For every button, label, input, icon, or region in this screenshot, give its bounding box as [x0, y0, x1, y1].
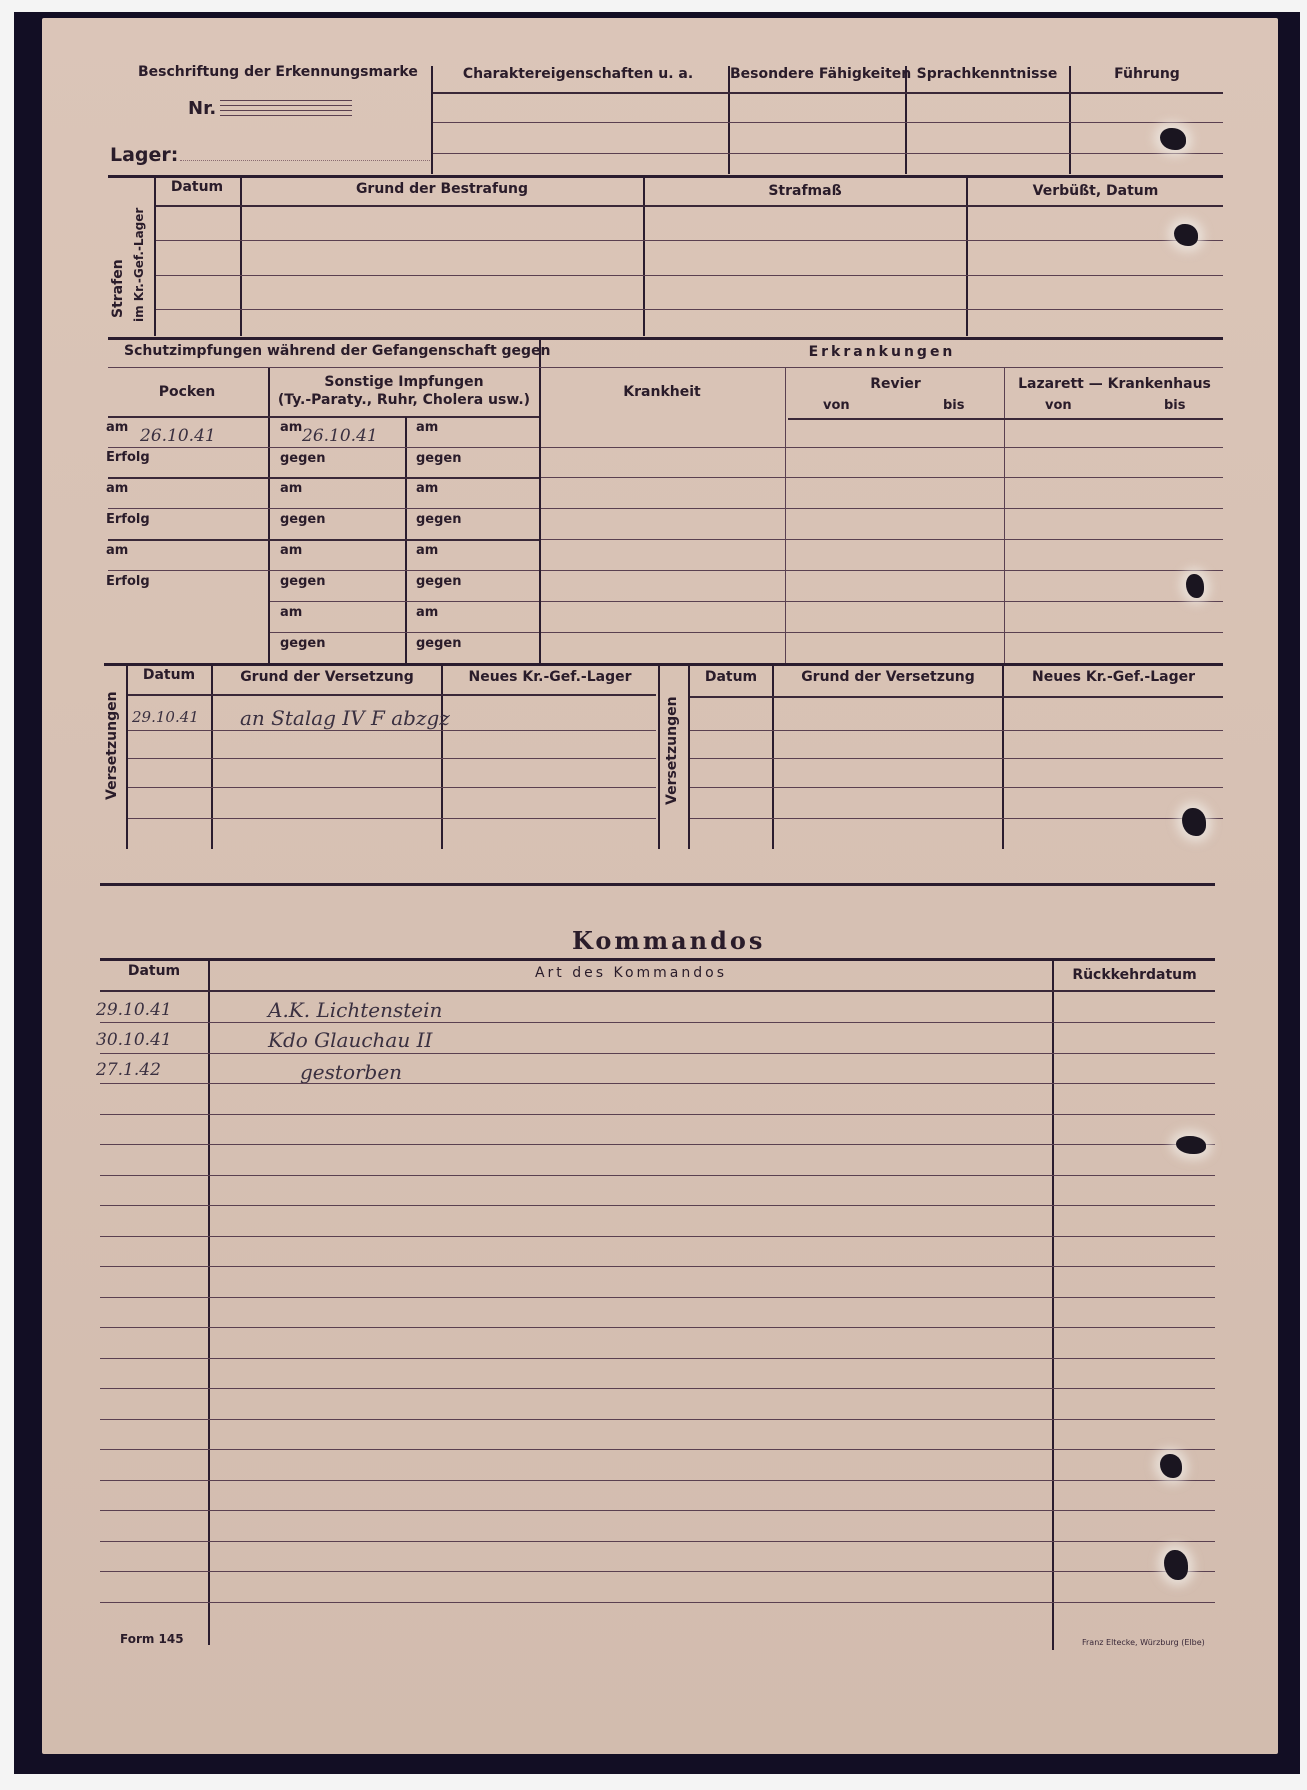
punch-hole [1160, 128, 1186, 150]
kommando-art-2[interactable]: Kdo Glauchau II [268, 1028, 432, 1052]
revier-von: von [823, 398, 850, 413]
row-line [433, 122, 1223, 123]
punch-hole [1164, 1550, 1188, 1580]
divider [211, 664, 213, 849]
strafen-col-datum: Datum [155, 179, 239, 195]
row-line [100, 1053, 1215, 1054]
divider [1069, 66, 1071, 174]
nr-line [220, 115, 352, 116]
impfungen-title: Schutzimpfungen während der Gefangenscha… [124, 343, 551, 359]
row-line [156, 275, 1223, 276]
row-line [100, 1571, 1215, 1572]
strafen-sublabel: im Kr.-Gef.-Lager [132, 208, 146, 322]
sonstige-am-1: am [280, 420, 302, 435]
document-page [42, 18, 1278, 1754]
row-line [100, 1205, 1215, 1206]
vers-entry-datum[interactable]: 29.10.41 [132, 708, 199, 726]
printer-imprint: Franz Eltecke, Würzburg (Elbe) [1082, 1638, 1205, 1647]
kommandos-col-art: Art des Kommandos [210, 965, 1052, 981]
nr-line [220, 105, 352, 106]
punch-hole [1182, 808, 1206, 836]
kommando-art-3[interactable]: gestorben [300, 1060, 402, 1084]
sonstige-gegen-2: gegen [280, 512, 326, 527]
row-line [100, 1510, 1215, 1511]
form-number: Form 145 [120, 1632, 184, 1646]
sonstige-am-2b: am [416, 481, 438, 496]
row-line [100, 1358, 1215, 1359]
row-line [108, 508, 539, 509]
row-line [108, 539, 539, 541]
pocken-am-3: am [106, 543, 128, 558]
row-line [108, 447, 539, 448]
row-line [541, 632, 1223, 633]
row-line [100, 1419, 1215, 1420]
sonstige-am-3b: am [416, 543, 438, 558]
row-line [690, 730, 1223, 731]
sonstige-am-1b: am [416, 420, 438, 435]
sonstige-am-4: am [280, 605, 302, 620]
row-line [100, 1602, 1215, 1603]
sonstige-am-2: am [280, 481, 302, 496]
row-line [100, 1388, 1215, 1389]
kommando-art-1[interactable]: A.K. Lichtenstein [268, 998, 442, 1022]
row-line [100, 1175, 1215, 1176]
section-rule [100, 958, 1215, 961]
kommandos-col-rueckkehr: Rückkehrdatum [1054, 967, 1215, 983]
kommandos-title: Kommandos [572, 926, 765, 955]
row-line [541, 539, 1223, 540]
row-line [690, 787, 1223, 788]
versetzungen-label-left: Versetzungen [104, 691, 120, 800]
vers-col-lager-right: Neues Kr.-Gef.-Lager [1004, 669, 1223, 685]
sonstige-am-3: am [280, 543, 302, 558]
row-line [100, 1297, 1215, 1298]
row-line [541, 477, 1223, 478]
section-rule [104, 663, 1223, 666]
sonstige-sublabel: (Ty.-Paraty., Ruhr, Cholera usw.) [270, 392, 538, 408]
section-rule [108, 337, 1223, 340]
divider [772, 664, 774, 849]
punch-hole [1160, 1454, 1182, 1478]
divider [126, 664, 128, 849]
col-fuehrung: Führung [1071, 66, 1223, 82]
header-rule [690, 696, 1223, 698]
sonstige-date-1[interactable]: 26.10.41 [302, 426, 378, 446]
row-line [100, 1480, 1215, 1481]
divider [154, 176, 156, 336]
row-line [541, 447, 1223, 448]
divider [905, 66, 907, 174]
vers-col-grund-right: Grund der Versetzung [774, 669, 1002, 685]
divider [1004, 368, 1005, 663]
row-line [100, 1114, 1215, 1115]
row-line [128, 730, 656, 731]
erkrankungen-title: Erkrankungen [541, 344, 1223, 360]
divider [431, 66, 433, 174]
pocken-date-1[interactable]: 26.10.41 [140, 426, 216, 446]
pocken-erfolg-3: Erfolg [106, 574, 150, 589]
lager-label: Lager: [110, 144, 178, 166]
row-line [156, 240, 1223, 241]
pocken-am-2: am [106, 481, 128, 496]
row-line [690, 758, 1223, 759]
divider [785, 368, 786, 663]
pocken-label: Pocken [108, 384, 266, 400]
strafen-col-strafmass: Strafmaß [645, 183, 965, 199]
divider [728, 66, 730, 174]
row-line [108, 367, 1223, 368]
row-line [541, 570, 1223, 571]
divider [643, 176, 645, 336]
punch-hole [1186, 574, 1204, 598]
section-rule [108, 175, 1223, 178]
row-line [108, 570, 539, 571]
nr-label: Nr. [188, 98, 216, 119]
col-faehigkeiten: Besondere Fähigkeiten [730, 66, 906, 82]
lazarett-label: Lazarett — Krankenhaus [1006, 376, 1223, 392]
header-rule [788, 418, 1223, 420]
header-rule [108, 416, 539, 418]
divider [688, 664, 690, 849]
lazarett-von: von [1045, 398, 1072, 413]
row-line [100, 1327, 1215, 1328]
divider [268, 368, 270, 663]
lazarett-bis: bis [1164, 398, 1186, 413]
sonstige-gegen-4b: gegen [416, 636, 462, 651]
row-line [156, 309, 1223, 310]
vers-col-datum-right: Datum [690, 669, 772, 685]
divider [441, 664, 443, 849]
sonstige-gegen-3: gegen [280, 574, 326, 589]
divider [208, 960, 210, 1645]
row-line [100, 1449, 1215, 1450]
nr-line [220, 100, 352, 101]
lager-field[interactable] [180, 160, 430, 161]
row-line [128, 787, 656, 788]
divider [1002, 664, 1004, 849]
revier-label: Revier [787, 376, 1004, 392]
vers-entry-grund[interactable]: an Stalag IV F abzgz [240, 706, 450, 730]
header-rule [128, 694, 656, 696]
row-line [100, 1236, 1215, 1237]
row-line [690, 818, 1223, 819]
pocken-erfolg-1: Erfolg [106, 450, 150, 465]
tag-label: Beschriftung der Erkennungsmarke [138, 64, 418, 80]
revier-bis: bis [943, 398, 965, 413]
pocken-am-1: am [106, 420, 128, 435]
row-line [128, 758, 656, 759]
krankheit-label: Krankheit [541, 384, 783, 400]
versetzungen-label-right: Versetzungen [664, 696, 680, 805]
kommandos-col-datum: Datum [100, 963, 208, 979]
divider [1052, 960, 1054, 1650]
pocken-erfolg-2: Erfolg [106, 512, 150, 527]
divider [966, 176, 968, 336]
header-rule [156, 205, 1223, 207]
row-line [270, 601, 539, 602]
kommando-datum-3[interactable]: 27.1.42 [96, 1060, 161, 1080]
strafen-col-verbuesst: Verbüßt, Datum [968, 183, 1223, 199]
sonstige-gegen-3b: gegen [416, 574, 462, 589]
row-line [128, 818, 656, 819]
divider [240, 176, 242, 336]
row-line [100, 1083, 1215, 1084]
sonstige-gegen-2b: gegen [416, 512, 462, 527]
row-line [108, 477, 539, 479]
kommando-datum-1[interactable]: 29.10.41 [96, 1000, 172, 1020]
vers-col-grund-left: Grund der Versetzung [213, 669, 441, 685]
row-line [100, 1022, 1215, 1023]
kommando-datum-2[interactable]: 30.10.41 [96, 1030, 172, 1050]
sonstige-am-4b: am [416, 605, 438, 620]
strafen-col-grund: Grund der Bestrafung [242, 181, 642, 197]
col-sprachkenntnisse: Sprachkenntnisse [907, 66, 1067, 82]
sonstige-gegen-4: gegen [280, 636, 326, 651]
row-line [100, 1144, 1215, 1145]
vers-col-datum-left: Datum [128, 667, 210, 683]
col-charakter: Charaktereigenschaften u. a. [431, 66, 725, 82]
vers-col-lager-left: Neues Kr.-Gef.-Lager [443, 669, 657, 685]
row-line [100, 1541, 1215, 1542]
row-line [541, 601, 1223, 602]
section-rule [100, 883, 1215, 886]
row-line [433, 153, 1223, 154]
sonstige-gegen-1b: gegen [416, 451, 462, 466]
row-line [541, 508, 1223, 509]
row-line [100, 1266, 1215, 1267]
header-rule [433, 92, 1223, 94]
nr-line [220, 110, 352, 111]
row-line [270, 632, 539, 633]
sonstige-label: Sonstige Impfungen [270, 374, 538, 390]
header-rule [100, 990, 1215, 992]
sonstige-gegen-1: gegen [280, 451, 326, 466]
divider [658, 664, 660, 849]
punch-hole [1174, 224, 1198, 246]
strafen-label: Strafen [110, 259, 126, 318]
